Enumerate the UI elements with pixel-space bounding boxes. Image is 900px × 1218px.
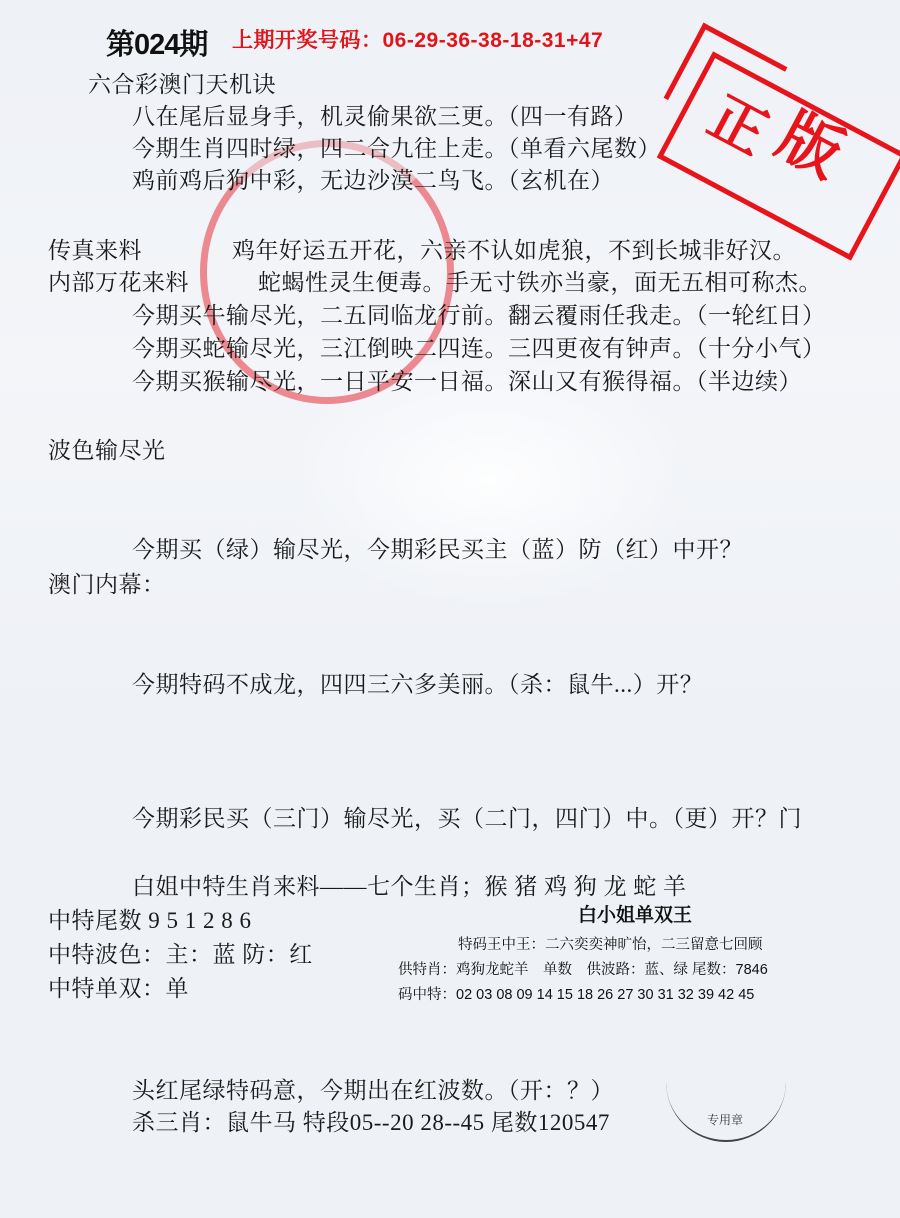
tianji-line-3: 鸡前鸡后狗中彩，无边沙漠二鸟飞。（玄机在） — [132, 162, 614, 195]
fax-label: 传真来料 — [48, 232, 142, 265]
doors-line: 今期彩民买（三门）输尽光，买（二门，四门）中。（更）开？门 — [132, 800, 802, 833]
tail-numbers: 中特尾数 9 5 1 2 8 6 — [48, 902, 252, 935]
odd-even: 中特单双：单 — [48, 970, 189, 1003]
wave-line: 今期买（绿）输尽光，今期彩民买主（蓝）防（红）中开？ — [132, 531, 743, 564]
tianji-line-1: 八在尾后显身手，机灵偷果欲三更。（四一有路） — [132, 98, 638, 131]
issue-number: 第024期 — [106, 22, 207, 63]
box-line-2: 供特肖：鸡狗龙蛇羊 单数 供波路：蓝、绿 尾数：7846 — [398, 958, 768, 979]
last-draw-numbers: 上期开奖号码：06-29-36-38-18-31+47 — [232, 24, 603, 54]
section-title-wave: 波色输尽光 — [48, 432, 166, 465]
wanhua-line-2: 今期买蛇输尽光，三江倒映二四连。三四更夜有钟声。（十分小气） — [132, 330, 826, 363]
footer-line-1: 头红尾绿特码意，今期出在红波数。（开：？） — [132, 1072, 614, 1105]
tianji-line-2: 今期生肖四时绿，四二合九往上走。（单看六尾数） — [132, 130, 661, 163]
macau-line: 今期特码不成龙，四四三六多美丽。（杀：鼠牛...）开？ — [132, 666, 703, 699]
box-line-1: 特码王中王：二六奕奕神旷怡，二三留意七回顾 — [458, 933, 763, 954]
seal-text: 专用章 — [707, 1111, 743, 1128]
fax-text: 鸡年好运五开花，六亲不认如虎狼，不到长城非好汉。 — [232, 232, 796, 265]
box-title: 白小姐单双王 — [578, 900, 692, 927]
section-title-tianji: 六合彩澳门天机诀 — [88, 66, 276, 99]
section-title-macau: 澳门内幕： — [48, 566, 166, 599]
wave-color: 中特波色：主：蓝 防：红 — [48, 936, 313, 969]
box-line-3: 码中特：02 03 08 09 14 15 18 26 27 30 31 32 … — [398, 983, 754, 1004]
wanhua-line-3: 今期买猴输尽光，一日平安一日福。深山又有猴得福。（半边续） — [132, 363, 802, 396]
wanhua-label: 内部万花来料 — [48, 264, 189, 297]
wanhua-text: 蛇蝎性灵生便毒。手无寸铁亦当豪，面无五相可称杰。 — [258, 264, 822, 297]
footer-line-2: 杀三肖：鼠牛马 特段05--20 28--45 尾数120547 — [132, 1104, 610, 1137]
wanhua-line-1: 今期买牛输尽光，二五同临龙行前。翻云覆雨任我走。（一轮红日） — [132, 297, 826, 330]
baijie-line: 白姐中特生肖来料——七个生肖；猴 猪 鸡 狗 龙 蛇 羊 — [132, 868, 687, 901]
